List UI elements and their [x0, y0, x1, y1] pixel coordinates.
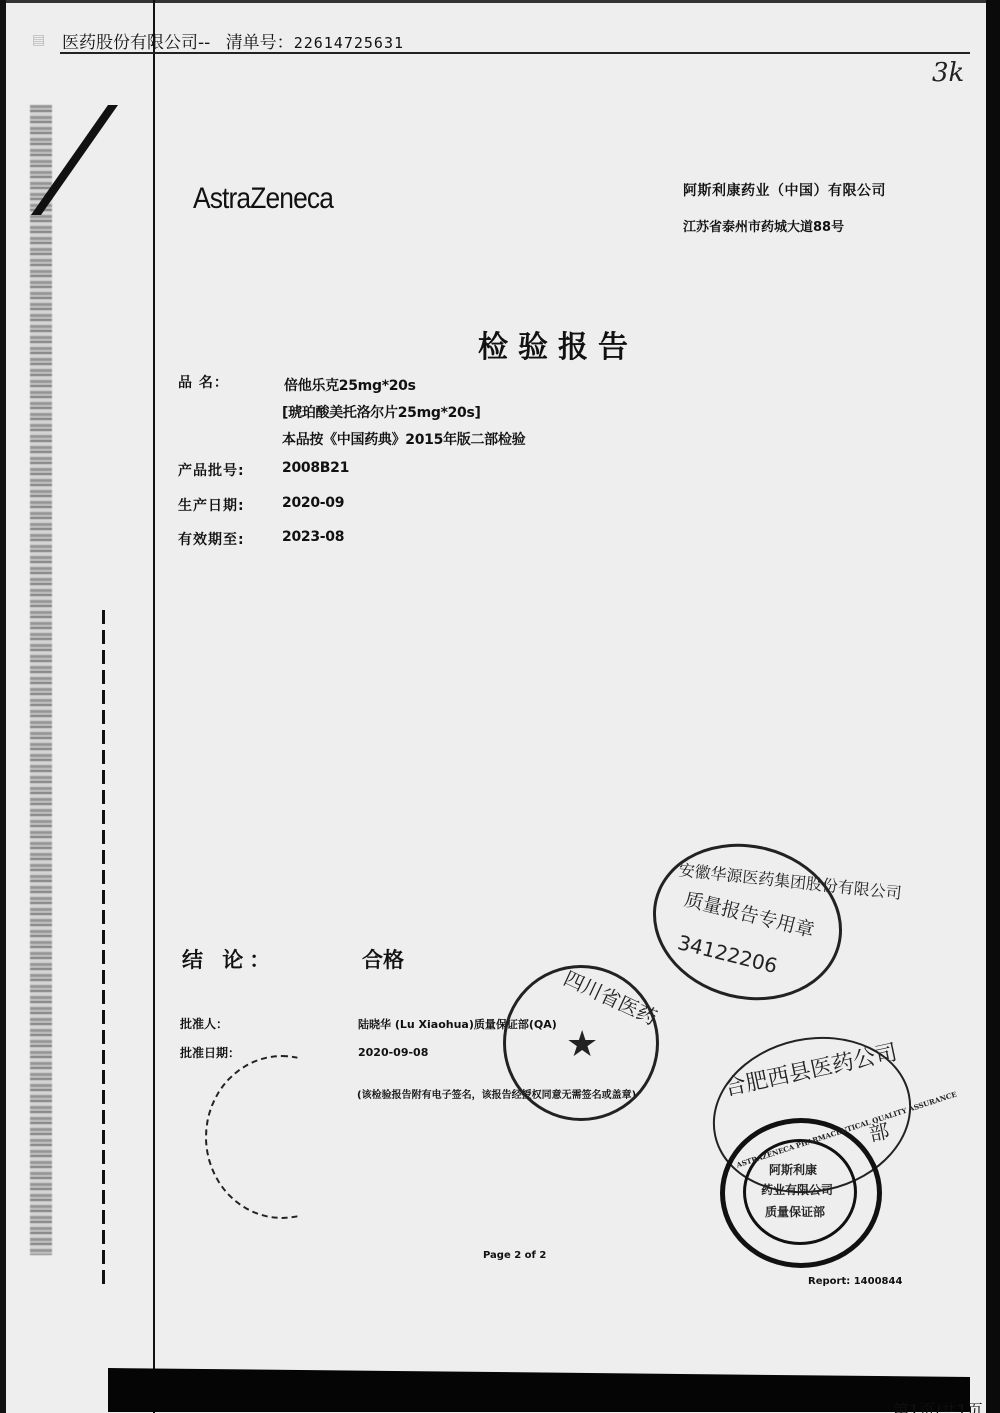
- field-value-product-name: 倍他乐克25mg*20s: [284, 375, 416, 395]
- approval-date-value: 2020-09-08: [358, 1046, 428, 1059]
- stamp-az-line-1: 阿斯利康: [769, 1161, 817, 1178]
- scan-border-top: [0, 0, 1000, 3]
- scan-border-left: [0, 0, 6, 1413]
- header-company: 医药股份有限公司--: [62, 33, 210, 53]
- stamp-az-line-2: 药业有限公司: [761, 1181, 833, 1198]
- field-value-expiry: 2023-08: [282, 529, 344, 545]
- stamp-huayuan-number: 34122206: [675, 930, 780, 978]
- field-label-batch: 产品批号:: [178, 460, 245, 480]
- letterhead-address: 江苏省泰州市药城大道88号: [683, 216, 844, 235]
- handwritten-note: 3k: [932, 58, 964, 88]
- conclusion-label: 结 论：: [182, 944, 276, 974]
- scan-circle-artifact: [205, 1055, 359, 1219]
- field-value-mfg-date: 2020-09: [282, 495, 344, 511]
- header-order-number: 22614725631: [294, 34, 404, 52]
- field-label-expiry: 有效期至:: [178, 529, 245, 549]
- scan-fold-line: [153, 0, 155, 1413]
- field-value-generic-name: [琥珀酸美托洛尔片25mg*20s]: [282, 402, 481, 422]
- field-value-batch: 2008B21: [282, 460, 349, 476]
- approver-label: 批准人：: [180, 1015, 228, 1032]
- page-count: 第1页/共1页: [893, 1398, 983, 1413]
- header-faded-char: ▤: [32, 32, 52, 50]
- stamp-az-line-3: 质量保证部: [765, 1203, 825, 1220]
- stamp-huayuan-center: 质量报告专用章: [682, 885, 818, 943]
- stamp-sichuan-star: ★: [566, 1024, 598, 1065]
- header-order-info: 医药股份有限公司-- 清单号：22614725631: [62, 28, 404, 53]
- letterhead-company: 阿斯利康药业（中国）有限公司: [683, 180, 886, 200]
- scan-noise-strip: [30, 105, 52, 1255]
- header-order-label: 清单号：: [226, 33, 294, 53]
- scan-border-right: [986, 0, 1000, 1413]
- field-label-mfg-date: 生产日期:: [178, 495, 245, 515]
- stamp-sichuan: 四川省医药 ★: [503, 965, 659, 1121]
- scan-bottom-shadow: [108, 1362, 970, 1412]
- astrazeneca-logo: AstraZeneca: [193, 182, 333, 216]
- report-number-footer: Report: 1400844: [808, 1276, 902, 1287]
- field-value-standard: 本品按《中国药典》2015年版二部检验: [282, 429, 525, 449]
- conclusion-value: 合格: [362, 944, 404, 974]
- stamp-sichuan-ring: 四川省医药: [560, 962, 663, 1031]
- stamp-astrazeneca-qa: ASTRAZENECA PHARMACEUTICAL QUALITY ASSUR…: [720, 1118, 882, 1268]
- stamp-feixi-ring: 合肥西县医药公司: [721, 1035, 900, 1102]
- page-footer: Page 2 of 2: [483, 1250, 546, 1261]
- header-divider: [60, 52, 970, 54]
- stamp-huayuan: 安徽华源医药集团股份有限公司 质量报告专用章 34122206: [636, 824, 859, 1020]
- field-label-product-name: 品 名：: [178, 372, 229, 392]
- report-title: 检验报告: [478, 322, 638, 366]
- scan-dash-artifact: [102, 610, 105, 1290]
- approval-date-label: 批准日期：: [180, 1044, 240, 1061]
